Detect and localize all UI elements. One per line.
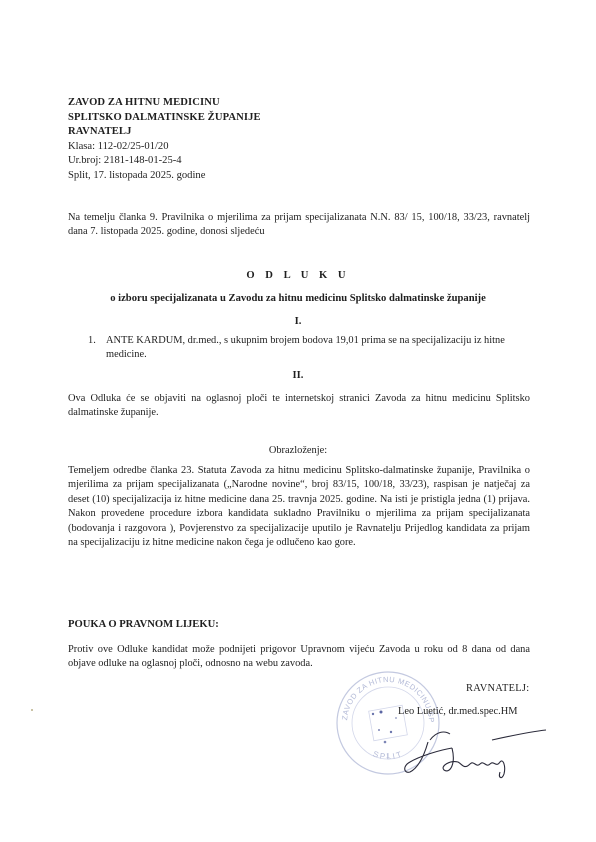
signatory-name: Leo Luetić, dr.med.spec.HM <box>398 706 517 717</box>
urbroj-number: Ur.broj: 2181-148-01-25-4 <box>68 154 261 169</box>
decision-title: O D L U K U <box>0 270 596 281</box>
list-item-text: ANTE KARDUM, dr.med., s ukupnim brojem b… <box>106 334 530 363</box>
list-item-number: 1. <box>88 334 96 348</box>
section2-paragraph: Ova Odluka će se objaviti na oglasnoj pl… <box>68 392 530 421</box>
decision-subtitle: o izboru specijalizanata u Zavodu za hit… <box>0 293 596 304</box>
institution-name: ZAVOD ZA HITNU MEDICINU <box>68 96 261 111</box>
klasa-number: Klasa: 112-02/25-01/20 <box>68 140 261 155</box>
institution-county: SPLITSKO DALMATINSKE ŽUPANIJE <box>68 111 261 126</box>
handwritten-signature-icon <box>400 720 550 780</box>
reasoning-heading: Obrazloženje: <box>0 445 596 456</box>
place-date: Split, 17. listopada 2025. godine <box>68 169 261 184</box>
scan-speck <box>31 709 33 711</box>
svg-text:1: 1 <box>386 753 390 760</box>
reasoning-paragraph: Temeljem odredbe članka 23. Statuta Zavo… <box>68 464 530 550</box>
legal-remedy-heading: POUKA O PRAVNOM LIJEKU: <box>68 619 219 630</box>
document-header: ZAVOD ZA HITNU MEDICINU SPLITSKO DALMATI… <box>68 96 261 184</box>
issuer-role: RAVNATELJ <box>68 125 261 140</box>
section-heading-1: I. <box>0 316 596 327</box>
section-heading-2: II. <box>0 370 596 381</box>
intro-paragraph: Na temelju članka 9. Pravilnika o mjeril… <box>68 211 530 240</box>
legal-remedy-paragraph: Protiv ove Odluke kandidat može podnijet… <box>68 643 530 672</box>
decision-list: 1. ANTE KARDUM, dr.med., s ukupnim broje… <box>88 334 530 363</box>
signatory-title: RAVNATELJ: <box>466 683 529 694</box>
